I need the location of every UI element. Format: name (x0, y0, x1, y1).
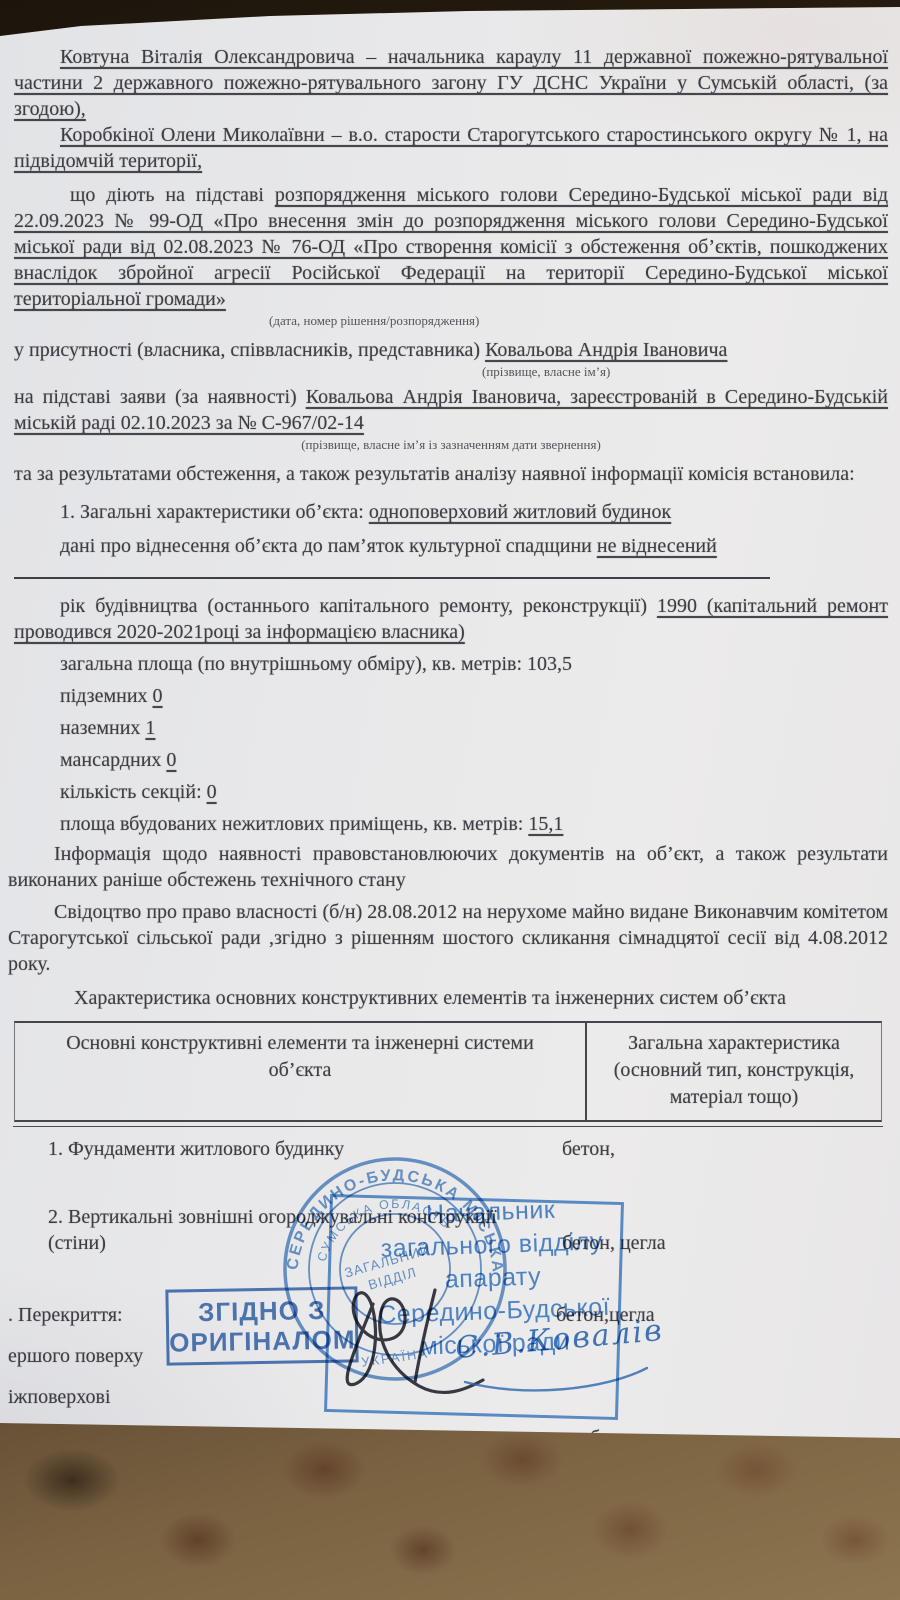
value-walls: бетон, цегла (562, 1230, 666, 1256)
table-header: Основні конструктивні елементи та інжене… (14, 1021, 882, 1122)
paragraph-application: на підставі заяви (за наявності) Ковальо… (14, 384, 888, 436)
table-row-walls: 2. Вертикальні зовнішні огороджувальні к… (14, 1204, 888, 1256)
line-mansard: мансардних 0 (14, 747, 888, 773)
value-foundation: бетон, (562, 1136, 615, 1162)
line-sections: кількість секцій: 0 (14, 779, 888, 805)
caption-surname-date: (прізвище, власне ім’я із зазначенням да… (14, 436, 888, 453)
line-build-year: рік будівництва (останнього капітального… (14, 593, 888, 645)
table-body: 1. Фундаменти житлового будинку бетон, 2… (14, 1136, 888, 1451)
line-general-characteristics: 1. Загальні характеристики об’єкта: одно… (14, 499, 888, 525)
table-row-first-floor: ершого поверху (8, 1343, 888, 1369)
paragraph-basis: що діють на підставі розпорядження міськ… (14, 182, 888, 312)
document-page: Ковтуна Віталія Олександровича – начальн… (0, 0, 900, 1450)
paragraph-presence: у присутності (власника, співвласників, … (14, 337, 888, 363)
paragraph-docs-info: Інформація щодо наявності правовстановлю… (8, 841, 888, 893)
paragraph-member-kovtun: Ковтуна Віталія Олександровича – начальн… (14, 44, 888, 122)
line-total-area: загальна площа (по внутрішньому обміру),… (14, 651, 888, 677)
table-header-elements: Основні конструктивні елементи та інжене… (15, 1023, 587, 1120)
document-content: Ковтуна Віталія Олександровича – начальн… (0, 0, 900, 1451)
horizontal-rule (14, 577, 770, 579)
caption-date-number: (дата, номер рішення/розпорядження) (14, 312, 888, 329)
table-title: Характеристика основних конструктивних е… (14, 985, 888, 1011)
table-header-characteristic: Загальна характеристика (основний тип, к… (587, 1023, 881, 1120)
caption-surname: (прізвище, власне ім’я) (14, 363, 888, 380)
paragraph-established: та за результатами обстеження, а також р… (14, 461, 888, 487)
line-heritage: дані про віднесення об’єкта до пам’яток … (14, 533, 888, 559)
line-nonresidential-area: площа вбудованих нежитлових приміщень, к… (14, 811, 888, 837)
paragraph-ownership: Свідоцтво про право власності (б/н) 28.0… (8, 899, 888, 977)
paragraph-member-korobkina: Коробкіної Олени Миколаївни – в.о. старо… (14, 122, 888, 174)
value-overlap: бетон,цегла (556, 1302, 655, 1328)
table-row-foundation: 1. Фундаменти житлового будинку бетон, (14, 1136, 888, 1162)
table-row-interfloor: іжповерхові (8, 1384, 888, 1410)
line-ground: наземних 1 (14, 715, 888, 741)
line-underground: підземних 0 (14, 683, 888, 709)
photo-of-document: { "document": { "p1": "Ковтуна Віталія О… (0, 0, 900, 1600)
table-row-overlap: . Перекриття: бетон,цегла (8, 1302, 888, 1328)
